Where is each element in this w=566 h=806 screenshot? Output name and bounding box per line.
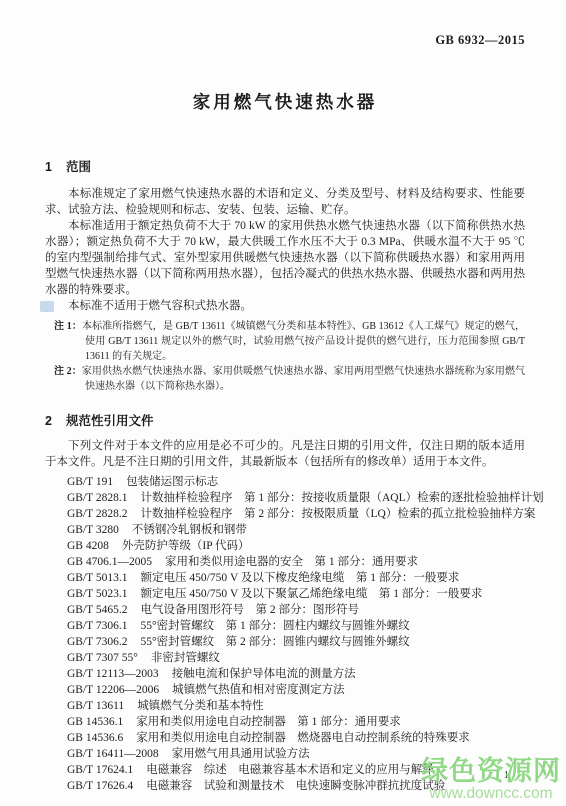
reference-code: GB/T 2828.2	[67, 506, 128, 522]
document-title: 家用燃气快速热水器	[45, 92, 525, 112]
note-text: 本标准所指燃气，是 GB/T 13611《城镇燃气分类和基本特性》、GB 136…	[82, 321, 525, 362]
reference-item: GB/T 7307 55°非密封管螺纹	[67, 650, 525, 666]
reference-code: GB/T 16411—2008	[67, 746, 159, 762]
reference-code: GB/T 12206—2006	[67, 682, 159, 698]
reference-code: GB/T 191	[67, 474, 113, 490]
page-number: 1	[504, 769, 510, 781]
section-normative-references: 2规范性引用文件 下列文件对于本文件的应用是必不可少的。凡是注日期的引用文件，仅…	[45, 414, 525, 794]
reference-code: GB/T 2828.1	[67, 490, 128, 506]
scope-paragraphs: 本标准规定了家用燃气快速热水器的术语和定义、分类及型号、材料及结构要求、性能要求…	[45, 186, 525, 314]
reference-code: GB/T 7306.1	[67, 618, 128, 634]
reference-code: GB 14536.1	[67, 714, 123, 730]
reference-item: GB 4208外壳防护等级（IP 代码）	[67, 538, 525, 554]
reference-title: 外壳防护等级（IP 代码）	[122, 540, 250, 552]
reference-title: 55°密封管螺纹 第 2 部分：圆锥内螺纹与圆锥外螺纹	[141, 636, 410, 648]
scope-note: 注 2：家用供热水燃气快速热水器、家用供暖燃气快速热水器、家用两用型燃气快速热水…	[54, 364, 525, 394]
reference-item: GB/T 2828.1计数抽样检验程序 第 1 部分：按接收质量限（AQL）检索…	[67, 490, 525, 506]
reference-code: GB 4208	[67, 538, 109, 554]
reference-code: GB/T 17624.1	[67, 762, 133, 778]
reference-code: GB/T 17626.4	[67, 778, 133, 794]
reference-code: GB/T 5465.2	[67, 602, 128, 618]
scope-notes: 注 1：本标准所指燃气，是 GB/T 13611《城镇燃气分类和基本特性》、GB…	[54, 319, 525, 394]
reference-title: 家用和类似用途电自动控制器 燃烧器电自动控制系统的特殊要求	[136, 732, 470, 744]
reference-item: GB/T 5023.1额定电压 450/750 V 及以下聚氯乙烯绝缘电缆 第 …	[67, 586, 525, 602]
reference-code: GB/T 7307 55°	[67, 650, 138, 666]
scope-paragraph: 本标准适用于额定热负荷不大于 70 kW 的家用供热水燃气快速热水器（以下简称供…	[45, 218, 525, 298]
reference-code: GB/T 3280	[67, 522, 119, 538]
section-scope: 1范围 本标准规定了家用燃气快速热水器的术语和定义、分类及型号、材料及结构要求、…	[45, 160, 525, 394]
reference-item: GB/T 17624.1电磁兼容 综述 电磁兼容基本术语和定义的应用与解释	[67, 762, 525, 778]
note-text: 家用供热水燃气快速热水器、家用供暖燃气快速热水器、家用两用型燃气快速热水器统称为…	[82, 366, 525, 392]
reference-title: 55°密封管螺纹 第 1 部分：圆柱内螺纹与圆锥外螺纹	[141, 620, 410, 632]
reference-title: 家用和类似用途电器的安全 第 1 部分：通用要求	[165, 556, 418, 568]
reference-title: 城镇燃气热值和相对密度测定方法	[172, 684, 345, 696]
reference-code: GB/T 5023.1	[67, 586, 128, 602]
reference-title: 电磁兼容 综述 电磁兼容基本术语和定义的应用与解释	[146, 764, 434, 776]
scope-paragraph: 本标准规定了家用燃气快速热水器的术语和定义、分类及型号、材料及结构要求、性能要求…	[45, 186, 525, 218]
reference-code: GB 4706.1—2005	[67, 554, 152, 570]
section-2-title: 规范性引用文件	[66, 414, 154, 428]
reference-item: GB 14536.6家用和类似用途电自动控制器 燃烧器电自动控制系统的特殊要求	[67, 730, 525, 746]
reference-title: 家用和类似用途电自动控制器 第 1 部分：通用要求	[136, 716, 401, 728]
reference-title: 电气设备用图形符号 第 2 部分：图形符号	[141, 604, 360, 616]
document-page: GB 6932—2015 家用燃气快速热水器 1范围 本标准规定了家用燃气快速热…	[0, 0, 566, 806]
reference-code: GB 14536.6	[67, 730, 123, 746]
note-label: 注 1：	[54, 321, 82, 332]
reference-item: GB/T 12113—2003接触电流和保护导体电流的测量方法	[67, 666, 525, 682]
reference-item: GB/T 5013.1额定电压 450/750 V 及以下橡皮绝缘电缆 第 1 …	[67, 570, 525, 586]
section-2-heading: 2规范性引用文件	[45, 414, 525, 428]
reference-item: GB 14536.1家用和类似用途电自动控制器 第 1 部分：通用要求	[67, 714, 525, 730]
reference-item: GB/T 3280不锈钢冷轧钢板和钢带	[67, 522, 525, 538]
scope-paragraph: 本标准不适用于燃气容积式热水器。	[45, 298, 525, 314]
reference-item: GB/T 7306.155°密封管螺纹 第 1 部分：圆柱内螺纹与圆锥外螺纹	[67, 618, 525, 634]
reference-item: GB/T 7306.255°密封管螺纹 第 2 部分：圆锥内螺纹与圆锥外螺纹	[67, 634, 525, 650]
reference-item: GB 4706.1—2005家用和类似用途电器的安全 第 1 部分：通用要求	[67, 554, 525, 570]
reference-item: GB/T 16411—2008家用燃气用具通用试验方法	[67, 746, 525, 762]
references-intro: 下列文件对于本文件的应用是必不可少的。凡是注日期的引用文件，仅注日期的版本适用于…	[45, 438, 525, 470]
reference-title: 接触电流和保护导体电流的测量方法	[172, 668, 356, 680]
reference-title: 计数抽样检验程序 第 2 部分：按极限质量（LQ）检索的孤立批检验抽样方案	[141, 508, 536, 520]
section-1-number: 1	[45, 160, 52, 174]
reference-item: GB/T 2828.2计数抽样检验程序 第 2 部分：按极限质量（LQ）检索的孤…	[67, 506, 525, 522]
scope-note: 注 1：本标准所指燃气，是 GB/T 13611《城镇燃气分类和基本特性》、GB…	[54, 319, 525, 364]
reference-title: 计数抽样检验程序 第 1 部分：按接收质量限（AQL）检索的逐批检验抽样计划	[141, 492, 544, 504]
reference-title: 城镇燃气分类和基本特性	[137, 700, 264, 712]
section-1-heading: 1范围	[45, 160, 525, 174]
reference-code: GB/T 7306.2	[67, 634, 128, 650]
reference-item: GB/T 13611城镇燃气分类和基本特性	[67, 698, 525, 714]
reference-title: 包装储运图示标志	[126, 476, 218, 488]
reference-title: 非密封管螺纹	[151, 652, 220, 664]
reference-item: GB/T 191包装储运图示标志	[67, 474, 525, 490]
reference-title: 家用燃气用具通用试验方法	[172, 748, 310, 760]
reference-list: GB/T 191包装储运图示标志 GB/T 2828.1计数抽样检验程序 第 1…	[45, 474, 525, 794]
reference-item: GB/T 17626.4电磁兼容 试验和测量技术 电快速瞬变脉冲群抗扰度试验	[67, 778, 525, 794]
reference-code: GB/T 12113—2003	[67, 666, 159, 682]
reference-title: 额定电压 450/750 V 及以下橡皮绝缘电缆 第 1 部分：一般要求	[141, 572, 460, 584]
reference-code: GB/T 5013.1	[67, 570, 128, 586]
section-2-number: 2	[45, 414, 52, 428]
section-1-title: 范围	[66, 160, 91, 174]
reference-title: 电磁兼容 试验和测量技术 电快速瞬变脉冲群抗扰度试验	[146, 780, 445, 792]
reference-code: GB/T 13611	[67, 698, 124, 714]
reference-item: GB/T 5465.2电气设备用图形符号 第 2 部分：图形符号	[67, 602, 525, 618]
reference-item: GB/T 12206—2006城镇燃气热值和相对密度测定方法	[67, 682, 525, 698]
note-label: 注 2：	[54, 366, 82, 377]
reference-title: 额定电压 450/750 V 及以下聚氯乙烯绝缘电缆 第 1 部分：一般要求	[141, 588, 483, 600]
reference-title: 不锈钢冷轧钢板和钢带	[132, 524, 247, 536]
standard-number: GB 6932—2015	[45, 33, 525, 47]
scan-artifact-mark	[40, 301, 54, 312]
